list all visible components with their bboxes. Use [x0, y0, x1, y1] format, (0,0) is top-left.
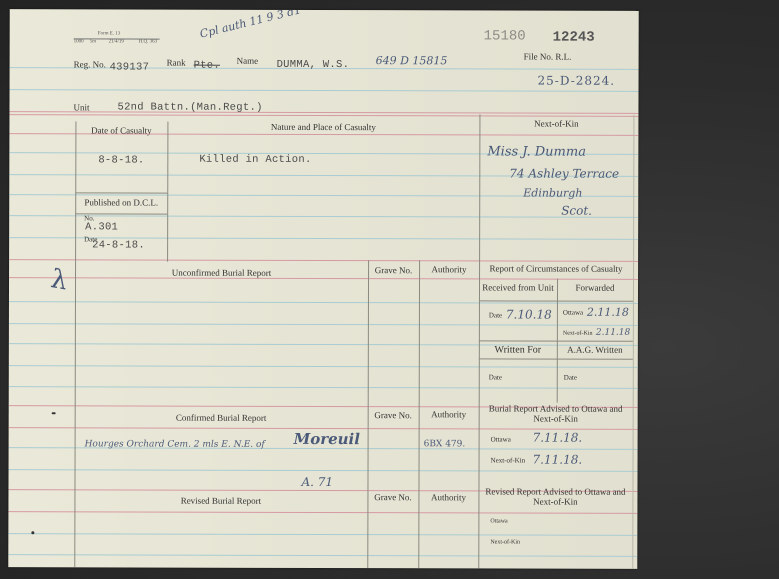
confirmed-header: Confirmed Burial Report — [75, 412, 368, 423]
forwarded-nok-date: 2.11.18 — [596, 328, 630, 338]
divider — [479, 358, 633, 359]
margin-mark: λ — [49, 264, 71, 296]
faded-stamp-number: 15180 — [484, 28, 526, 44]
revised-advised-header: Revised Report Advised to Ottawa and Nex… — [478, 486, 632, 506]
reg-no-value: 439137 — [110, 61, 150, 73]
ruled-line — [8, 533, 637, 536]
confirmed-grave-header: Grave No. — [368, 410, 419, 420]
ruled-line — [9, 386, 638, 389]
received-date-label: Date — [489, 311, 502, 319]
confirmed-grave: A. 71 — [301, 475, 333, 489]
print-info-1: 1000 — [74, 39, 84, 44]
published-no: A.301 — [85, 221, 118, 233]
confirmed-entry: Hourges Orchard Cem. 2 mls E. N.E. of — [85, 439, 265, 449]
nok-line-4: Scot. — [561, 204, 592, 218]
casualty-date: 8-8-18. — [98, 154, 144, 166]
nature-header: Nature and Place of Casualty — [167, 122, 479, 133]
revised-ottawa-label: Ottawa — [490, 518, 507, 524]
col-vline — [167, 122, 168, 262]
forwarded-nok-label: Next-of-Kin — [563, 331, 593, 337]
confirmed-nok-date: 7.11.18. — [533, 453, 583, 467]
ruled-line — [10, 89, 639, 92]
revised-grave-header: Grave No. — [367, 492, 418, 502]
ruled-line-red — [9, 114, 638, 117]
nok-line-1: Miss J. Dumma — [487, 144, 586, 159]
rank-value: Pte. — [194, 60, 220, 72]
burial-advised-header: Burial Report Advised to Ottawa and Next… — [479, 403, 633, 423]
ink-mark — [31, 531, 34, 534]
nok-line-2: 74 Ashley Terrace — [509, 166, 619, 180]
confirmed-nok-label: Next-of-Kin — [491, 456, 526, 464]
circumstances-header: Report of Circumstances of Casualty — [479, 263, 633, 273]
forwarded-ottawa-date: 2.11.18 — [587, 306, 629, 319]
published-date: 24-8-18. — [92, 239, 145, 251]
revised-authority-header: Authority — [418, 492, 478, 502]
ruled-line — [9, 323, 638, 326]
received-date: 7.10.18 — [506, 307, 552, 321]
revised-header: Revised Burial Report — [74, 495, 367, 506]
name-label: Name — [237, 56, 259, 66]
print-info-2: 5m — [90, 39, 96, 44]
casualty-record-card: Form E. 13 1000 5m 21/4/19 H.Q. 363 Reg.… — [8, 9, 638, 569]
print-info-4: H.Q. 363 — [139, 40, 157, 45]
confirmed-ottawa-date: 7.11.18. — [533, 431, 583, 445]
name-value: DUMMA, W.S. — [277, 59, 350, 71]
revised-nok-label: Next-of-Kin — [490, 539, 520, 545]
casualty-nature: Killed in Action. — [199, 154, 311, 166]
rank-annotation: Cpl auth 11 9 3 d1 → — [199, 9, 315, 41]
confirmed-place: Moreuil — [294, 430, 360, 448]
aag-written-header: A.A.G. Written — [557, 345, 633, 355]
forwarded-header: Forwarded — [557, 283, 633, 293]
aag-date-label: Date — [564, 374, 577, 382]
ruled-line — [8, 554, 637, 557]
ruled-line-red — [9, 111, 638, 114]
divider — [479, 340, 633, 341]
unconfirmed-grave-header: Grave No. — [368, 265, 419, 275]
written-for-header: Written For — [479, 344, 557, 355]
ruled-line-red — [9, 259, 638, 262]
date-of-casualty-header: Date of Casualty — [75, 125, 167, 135]
written-for-date-label: Date — [489, 373, 502, 381]
ruled-line — [9, 215, 638, 218]
print-info-3: 21/4/19 — [109, 39, 124, 44]
ink-mark — [52, 412, 56, 414]
ruled-line-red — [8, 511, 637, 514]
stamp-number: 12243 — [553, 30, 595, 46]
received-from-unit-header: Received from Unit — [479, 282, 557, 292]
unconfirmed-header: Unconfirmed Burial Report — [75, 267, 368, 278]
ruled-line — [9, 365, 638, 368]
confirmed-authority: 6BX 479. — [424, 439, 466, 449]
rank-label: Rank — [167, 58, 186, 68]
unit-value: 52nd Battn.(Man.Regt.) — [117, 101, 262, 113]
file-no-label: File No. R.L. — [524, 52, 572, 62]
nok-header: Next-of-Kin — [479, 118, 633, 128]
file-no-value: 25-D-2824. — [538, 74, 616, 88]
unconfirmed-authority-header: Authority — [419, 264, 479, 274]
ruled-line — [9, 469, 638, 472]
name-annotation: 649 D 15815 — [376, 54, 448, 67]
confirmed-ottawa-label: Ottawa — [491, 435, 511, 443]
unit-label: Unit — [73, 102, 89, 112]
published-label: Published on D.C.L. — [75, 197, 167, 207]
forwarded-ottawa-label: Ottawa — [563, 309, 583, 317]
nok-line-3: Edinburgh — [523, 187, 582, 200]
reg-no-label: Reg. No. — [74, 59, 106, 69]
form-id: Form E. 13 — [98, 31, 121, 36]
confirmed-authority-header: Authority — [419, 409, 479, 419]
